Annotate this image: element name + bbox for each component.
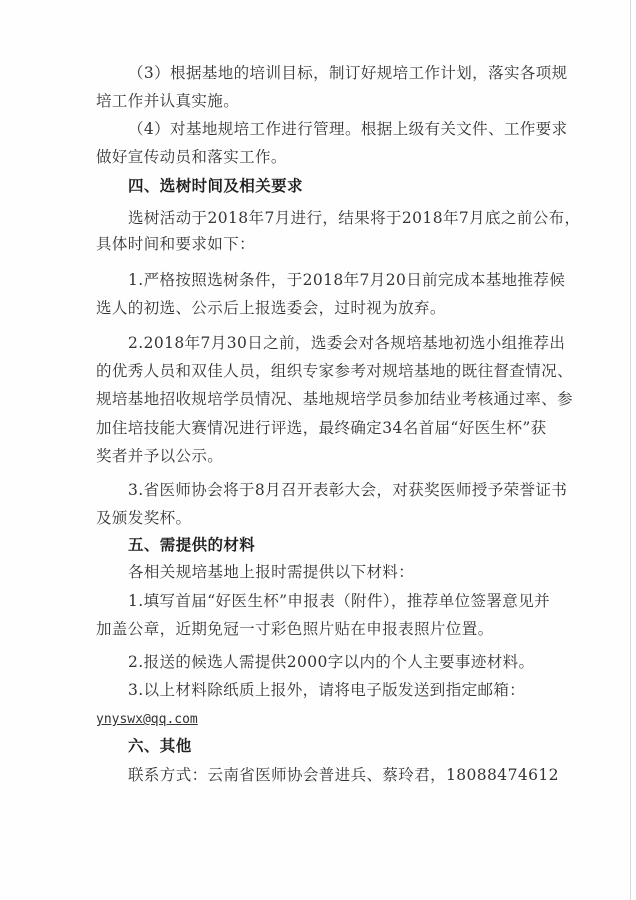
contact-info: 联系方式：云南省医师协会普进兵、蔡玲君，18088474612 — [128, 765, 578, 785]
paragraph-line: 加住培技能大赛情况进行评选，最终确定34名首届“好医生杯”获 — [96, 418, 546, 438]
section-heading-other: 六、其他 — [128, 736, 578, 756]
paragraph-line: 1.填写首届“好医生杯”申报表（附件），推荐单位签署意见并 — [128, 591, 578, 611]
paragraph-line: 及颁发奖杯。 — [96, 508, 546, 528]
email-link[interactable]: ynyswx@qq.com — [96, 712, 198, 727]
section-heading: 五、需提供的材料 — [128, 535, 578, 555]
paragraph-line: 2.报送的候选人需提供2000字以内的个人主要事迹材料。 — [128, 652, 578, 672]
paragraph-line: 具体时间和要求如下： — [96, 234, 546, 254]
paragraph-line: 3.以上材料除纸质上报外，请将电子版发送到指定邮箱： — [128, 680, 578, 700]
paragraph-line: 加盖公章，近期免冠一寸彩色照片贴在申报表照片位置。 — [96, 619, 546, 639]
paragraph-line: 2.2018年7月30日之前，选委会对各规培基地初选小组推荐出 — [128, 333, 578, 353]
paragraph-line: 1.严格按照选树条件，于2018年7月20日前完成本基地推荐候 — [128, 270, 578, 290]
paragraph-line: 规培基地招收规培学员情况、基地规培学员参加结业考核通过率、参 — [96, 389, 546, 409]
paragraph-line: 奖者并予以公示。 — [96, 446, 546, 466]
paragraph-line: （3）根据基地的培训目标，制订好规培工作计划，落实各项规 — [128, 63, 578, 83]
email-line: ynyswx@qq.com — [96, 708, 546, 730]
paragraph-line: （4）对基地规培工作进行管理。根据上级有关文件、工作要求 — [128, 119, 578, 139]
paragraph-line: 选树活动于2018年7月进行，结果将于2018年7月底之前公布， — [128, 208, 578, 228]
paragraph-line: 各相关规培基地上报时需提供以下材料： — [128, 562, 578, 582]
paragraph-line: 3.省医师协会将于8月召开表彰大会，对获奖医师授予荣誉证书 — [128, 480, 578, 500]
section-heading: 四、选树时间及相关要求 — [128, 176, 578, 196]
paragraph-line: 培工作并认真实施。 — [96, 91, 546, 111]
paragraph-line: 选人的初选、公示后上报选委会，过时视为放弃。 — [96, 298, 546, 318]
paragraph-line: 做好宣传动员和落实工作。 — [96, 147, 546, 167]
paragraph-line: 的优秀人员和双佳人员，组织专家参考对规培基地的既往督查情况、 — [96, 361, 546, 381]
document-page: （3）根据基地的培训目标，制订好规培工作计划，落实各项规培工作并认真实施。（4）… — [0, 0, 636, 900]
page-edge-divider — [630, 0, 631, 900]
